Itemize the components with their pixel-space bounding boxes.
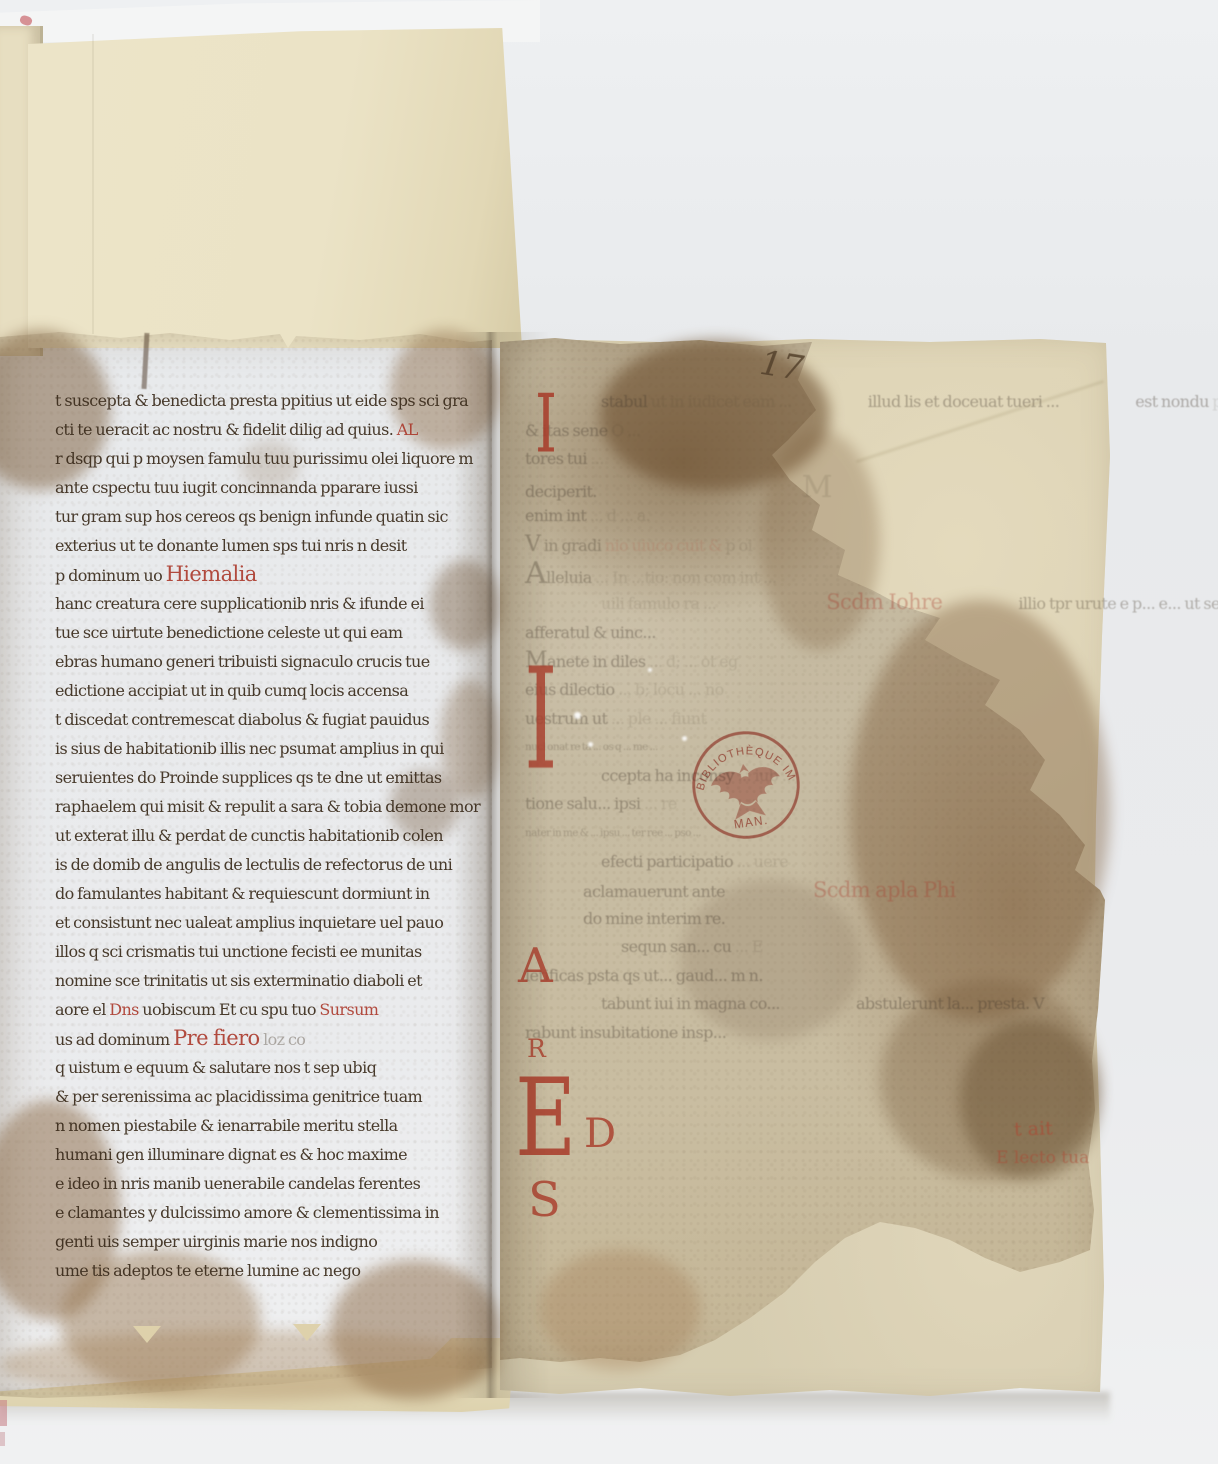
manuscript-text: in gradi [540,536,604,555]
red-initial-E: E [515,1064,576,1172]
manuscript-text: aclamauerunt ante [583,882,725,901]
manuscript-line: is sius de habitationib illis nec psumat… [55,734,455,763]
manuscript-text: illos q sci crismatis tui unctione fecis… [55,942,422,961]
manuscript-text: ... E [731,937,763,956]
manuscript-line: Alleluia ... In ...tio: non com int ... [525,560,1103,589]
manuscript-text: stabul [601,392,651,411]
manuscript-line: ante cspectu tuu iugit concinnanda ppara… [55,473,455,502]
right-page-text: stabul ut in iudicet eam ...illud lis et… [525,388,1103,1048]
manuscript-text: rabunt insubitatione insp... [525,1023,726,1042]
rubric-text: Sursum [319,1000,378,1019]
manuscript-text: M [802,470,832,505]
manuscript-line: tione salu... ipsi ... re [525,790,1103,819]
manuscript-text: humani gen illuminare dignat es & hoc ma… [55,1145,407,1164]
manuscript-line: rabunt insubitatione insp... [525,1019,1103,1048]
manuscript-text: ume tis adeptos te eterne lumine ac nego [55,1261,360,1280]
manuscript-text: enim int [525,506,590,525]
manuscript-text: tue sce uirtute benedictione celeste ut … [55,623,402,642]
glare-dot [588,742,593,747]
manuscript-line: exterius ut te donante lumen sps tui nri… [55,531,455,560]
manuscript-line: is de domib de angulis de lectulis de re… [55,850,455,879]
manuscript-text: tabunt iui in magna co... [601,994,780,1013]
manuscript-text: nomine sce trinitatis ut sis exterminati… [55,971,422,990]
manuscript-line: ebras humano generi tribuisti signaculo … [55,647,455,676]
manuscript-text: ptrai multa ... [1212,392,1218,411]
manuscript-text: lleluia [546,568,595,587]
manuscript-text: us ad dominum [55,1030,173,1049]
manuscript-line: us ad dominum Pre fiero loz co [55,1024,455,1053]
red-initial-A: A [518,942,553,990]
manuscript-line: ut exterat illu & perdat de cunctis habi… [55,821,455,850]
manuscript-line: hanc creatura cere supplicationib nris &… [55,589,455,618]
manuscript-text: t suscepta & benedicta presta ppitius ut… [55,391,468,410]
manuscript-line: stabul ut in iudicet eam ... [563,388,792,417]
rubric-text: Scdm Iohre [826,590,942,614]
manuscript-text: cti te ueracit ac nostru & fidelit dilig… [55,420,397,439]
flyleaf-crease [92,34,94,334]
manuscript-line: nater in me & ... ipsu ... ter ree ... p… [525,819,1103,848]
manuscript-text: ... re [640,794,676,813]
manuscript-text: is de domib de angulis de lectulis de re… [55,855,452,874]
manuscript-text: ut exterat illu & perdat de cunctis habi… [55,826,443,845]
manuscript-text: ... b; locu ... no [614,680,723,699]
manuscript-line: nucl onat re ta ... os q ... me ... [525,733,1103,762]
manuscript-text: deciperit. [525,482,597,501]
manuscript-text: tur gram sup hos cereos qs benign infund… [55,507,448,526]
manuscript-line: eius dilectio ... b; locu ... no [525,676,1103,705]
manuscript-line: letificas psta qs ut... gaud... m n. [525,962,1103,991]
red-text-fragment: t ait [1014,1117,1053,1140]
manuscript-line: humani gen illuminare dignat es & hoc ma… [55,1140,455,1169]
rubric-text: nio uiuco cuit & [605,536,722,555]
manuscript-line: abstulerunt la... presta. V [818,990,1044,1019]
manuscript-text: uobiscum Et cu spu tuo [139,1000,320,1019]
manuscript-line: edictione accipiat ut in quib cumq locis… [55,676,455,705]
manuscript-text: ... In ...tio: non com int ... [595,568,776,587]
manuscript-line: tur gram sup hos cereos qs benign infund… [55,502,455,531]
manuscript-line: est nondu ptrai multa ... [1097,388,1218,417]
red-initial-I: I [524,650,558,790]
manuscript-line: & per serenissima ac placidissima genitr… [55,1082,455,1111]
manuscript-line: seruientes do Proinde supplices qs te dn… [55,763,455,792]
manuscript-line: raphaelem qui misit & repulit a sara & t… [55,792,455,821]
left-page-text: t suscepta & benedicta presta ppitius ut… [55,386,455,1285]
manuscript-line: afferatul & uinc... [525,619,1103,648]
manuscript-text: r dsqp qui p moysen famulu tuu purissimu… [55,449,473,468]
manuscript-text: ante cspectu tuu iugit concinnanda ppara… [55,478,418,497]
red-initial-I: I [535,384,557,465]
manuscript-text: O ... [611,421,640,440]
manuscript-text: & per serenissima ac placidissima genitr… [55,1087,422,1106]
manuscript-text: seruientes do Proinde supplices qs te dn… [55,768,442,787]
manuscript-line: deciperit.M [525,474,1103,503]
manuscript-line: ume tis adeptos te eterne lumine ac nego [55,1256,455,1285]
manuscript-line: e clamantes y dulcissimo amore & clement… [55,1198,455,1227]
manuscript-text: ut in iudicet eam ... [651,392,792,411]
manuscript-text: edictione accipiat ut in quib cumq locis… [55,681,408,700]
manuscript-text: V [525,532,540,557]
glare-dot [574,712,581,719]
manuscript-line: uestrum ut ... ple ... fiunt [525,705,1103,734]
manuscript-text: is sius de habitationib illis nec psumat… [55,739,444,758]
manuscript-text: ... uere [733,852,788,871]
manuscript-text: do famulantes habitant & requiescunt dor… [55,884,429,903]
manuscript-text: p oi [722,536,752,555]
manuscript-line: uili famulo ra ...Scdm Iohre [563,588,942,617]
manuscript-text: A [525,556,546,591]
manuscript-text: e ideo in nris manib uenerabile candelas… [55,1174,420,1193]
manuscript-text: hanc creatura cere supplicationib nris &… [55,594,424,613]
manuscript-text: illio tpr urute e p... e... ut se... uia… [1018,594,1218,613]
manuscript-text: abstulerunt la... presta. V [856,994,1044,1013]
manuscript-text: do mine interim re. [583,909,725,928]
manuscript-line: p dominum uo Hiemalia [55,560,455,589]
manuscript-text: e clamantes y dulcissimo amore & clement… [55,1203,439,1222]
imperial-eagle-icon [709,759,786,822]
rubric-text: Hiemalia [166,562,257,586]
manuscript-line: t suscepta & benedicta presta ppitius ut… [55,386,455,415]
marbled-edge-fleck [0,1432,5,1446]
library-stamp: BIBLIOTHÈQUE IMPÉRIALE MAN. [678,716,814,854]
manuscript-line: r dsqp qui p moysen famulu tuu purissimu… [55,444,455,473]
manuscript-line: et consistunt nec ualeat amplius inquiet… [55,908,455,937]
rubric-text: AL [397,420,418,439]
manuscript-text: loz co [260,1030,306,1049]
manuscript-text: et doceuat tueri ... [924,392,1059,411]
glare-dot [648,668,652,672]
manuscript-line: nomine sce trinitatis ut sis exterminati… [55,966,455,995]
manuscript-text: ... ple ... fiunt [611,709,706,728]
manuscript-line: efecti participatio ... uere [563,848,788,877]
manuscript-line: illud lis et doceuat tueri ... [830,388,1060,417]
glare-dot [682,736,687,741]
manuscript-photo: t suscepta & benedicta presta ppitius ut… [0,0,1218,1464]
manuscript-line: n nomen piestabile & ienarrabile meritu … [55,1111,455,1140]
manuscript-line: t discedat contremescat diabolus & fugia… [55,705,455,734]
manuscript-text: exterius ut te donante lumen sps tui nri… [55,536,407,555]
manuscript-text: raphaelem qui misit & repulit a sara & t… [55,797,480,816]
red-initial-S: S [528,1176,561,1224]
manuscript-line: illos q sci crismatis tui unctione fecis… [55,937,455,966]
rubric-text: Scdm apla Phi [813,878,956,902]
manuscript-text: illud lis [868,392,925,411]
manuscript-line: V in gradi nio uiuco cuit & p oi [525,531,1103,560]
manuscript-line: do mine interim re. [525,905,1103,934]
manuscript-line: do famulantes habitant & requiescunt dor… [55,879,455,908]
manuscript-line: Manete in diles ... d; ... ot eg [525,647,1103,676]
manuscript-line: illio tpr urute e p... e... ut se... uia… [980,590,1218,619]
manuscript-line: enim int ... d ... a. [525,502,1103,531]
manuscript-line: genti uis semper uirginis marie nos indi… [55,1227,455,1256]
manuscript-line: aclamauerunt anteScdm apla Phi [525,876,1103,905]
manuscript-line: e ideo in nris manib uenerabile candelas… [55,1169,455,1198]
manuscript-text: t discedat contremescat diabolus & fugia… [55,710,429,729]
manuscript-line: aore el Dns uobiscum Et cu spu tuo Sursu… [55,995,455,1024]
manuscript-line: & itas sene O ... [525,417,1103,446]
manuscript-text: ... [590,449,603,468]
manuscript-line: tue sce uirtute benedictione celeste ut … [55,618,455,647]
manuscript-line: q uistum e equum & salutare nos t sep ub… [55,1053,455,1082]
manuscript-text: ... d; ... ot eg [646,652,738,671]
manuscript-line: tabunt iui in magna co... [563,990,780,1019]
manuscript-text: et consistunt nec ualeat amplius inquiet… [55,913,443,932]
manuscript-text: uili famulo ra ... [601,594,716,613]
manuscript-text: est nondu [1135,392,1212,411]
flyleaf-page [28,28,522,348]
manuscript-text: letificas psta qs ut... gaud... m n. [525,966,763,985]
manuscript-line: sequn san... cu ... E [525,933,1103,962]
manuscript-text: aore el [55,1000,109,1019]
manuscript-text: anete in diles [547,652,646,671]
manuscript-text: p dominum uo [55,566,166,585]
red-initial-D: D [584,1114,616,1154]
manuscript-text: nater in me & ... ipsu ... ter ree ... p… [525,827,701,839]
rubric-text: Dns [109,1000,139,1019]
manuscript-text: n nomen piestabile & ienarrabile meritu … [55,1116,398,1135]
manuscript-text: genti uis semper uirginis marie nos indi… [55,1232,377,1251]
manuscript-text: efecti participatio [601,852,733,871]
folio-number: 17 [757,343,806,389]
marbled-edge-fleck [0,1400,7,1426]
manuscript-text: ebras humano generi tribuisti signaculo … [55,652,430,671]
manuscript-text: ... d ... a. [590,506,650,525]
red-text-fragment: E lecto tua [996,1148,1089,1168]
manuscript-text: sequn san... cu [621,937,731,956]
rubric-text: Pre fiero [173,1026,259,1050]
manuscript-text: q uistum e equum & salutare nos t sep ub… [55,1058,376,1077]
manuscript-line: cti te ueracit ac nostru & fidelit dilig… [55,415,455,444]
